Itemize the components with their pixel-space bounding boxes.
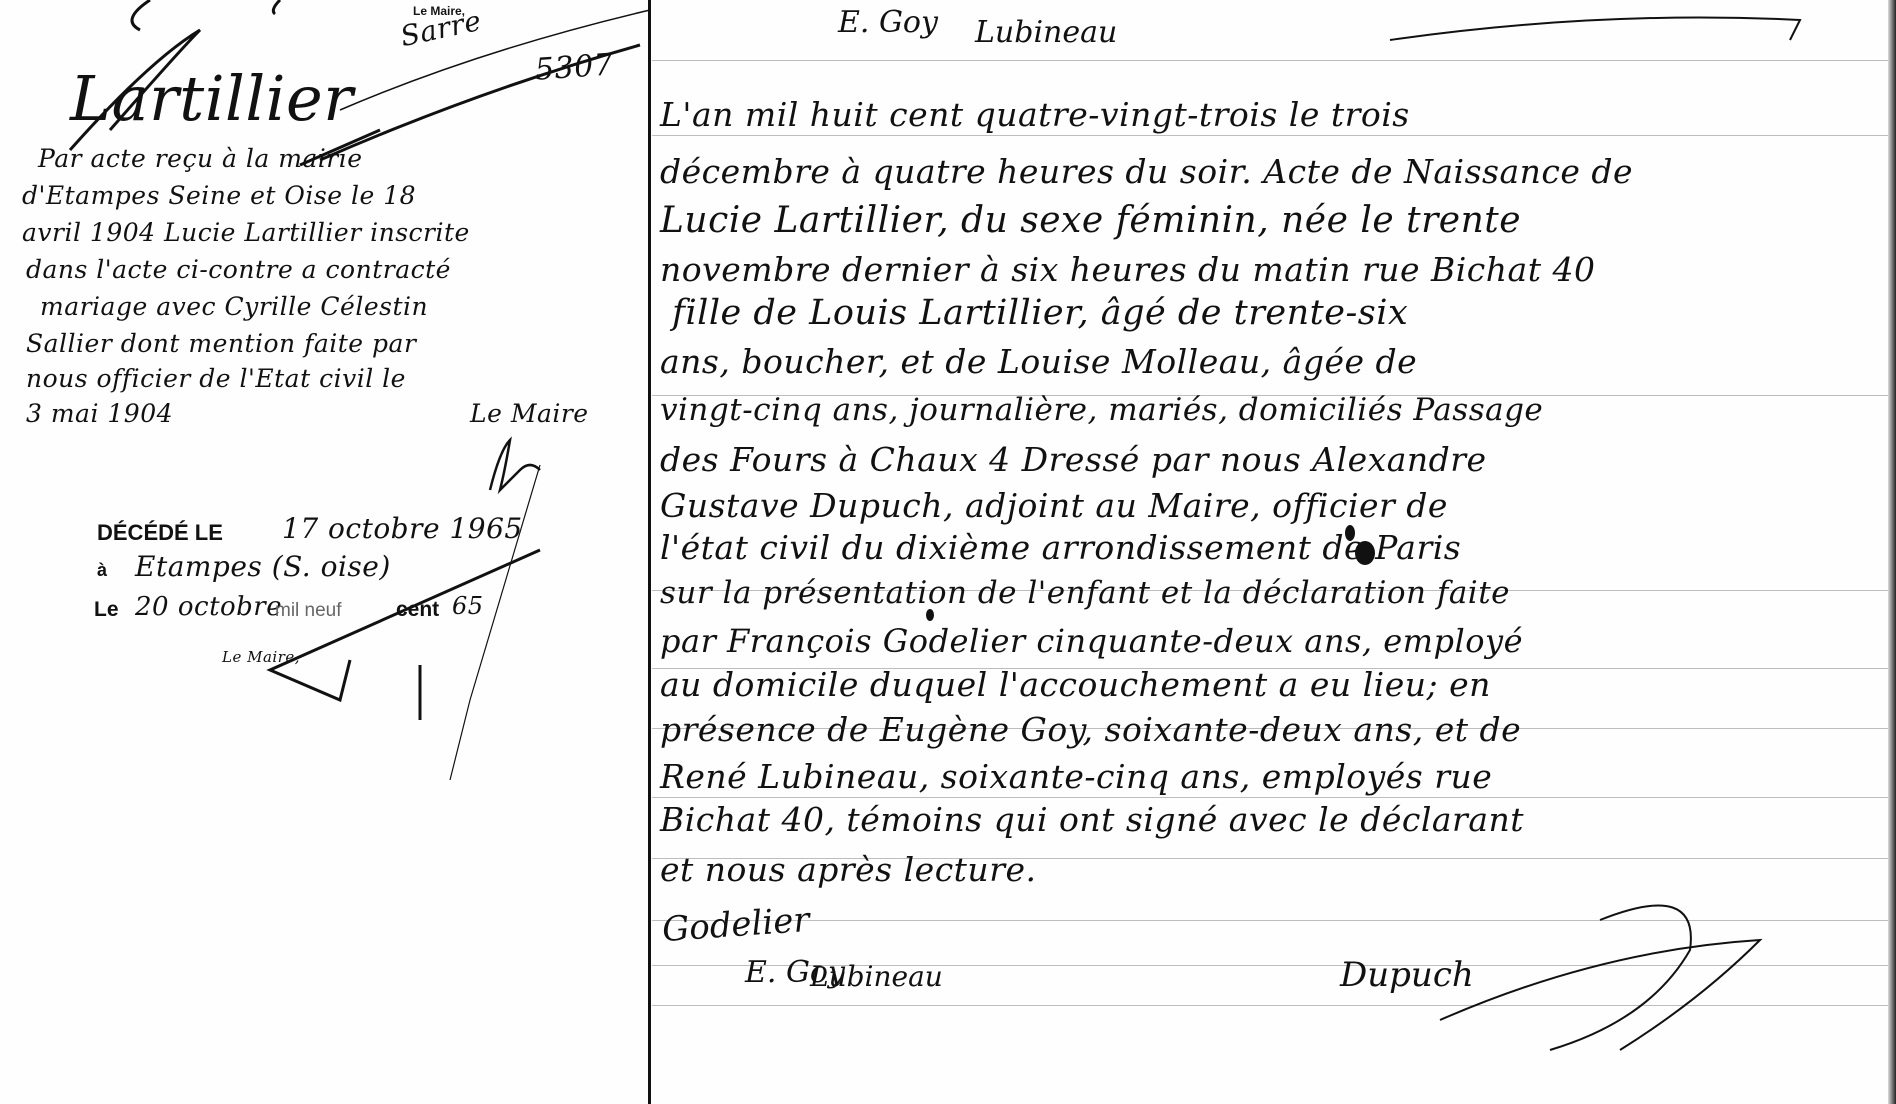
death-date-label: DÉCÉDÉ LE — [97, 520, 223, 546]
registration-date-prefix: Le — [94, 598, 119, 622]
death-stamp-signoff: Le Maire, — [222, 648, 300, 666]
page-binding-edge — [1888, 0, 1896, 1104]
marriage-note-line: dans l'acte ci-contre a contracté — [26, 251, 451, 288]
ruled-line — [652, 135, 1888, 136]
body-line: René Lubineau, soixante-cinq ans, employ… — [660, 757, 1492, 796]
registration-year-value: 65 — [452, 592, 484, 620]
body-line: novembre dernier à six heures du matin r… — [660, 250, 1595, 289]
death-date-value: 17 octobre 1965 — [282, 512, 523, 545]
marriage-note-line: 3 mai 1904 — [26, 395, 173, 432]
body-line: vingt-cinq ans, journalière, mariés, dom… — [660, 392, 1543, 428]
body-line: des Fours à Chaux 4 Dressé par nous Alex… — [660, 440, 1487, 479]
ruled-line — [652, 920, 1888, 921]
act-number: 5307 — [534, 47, 615, 87]
body-line: sur la présentation de l'enfant et la dé… — [660, 575, 1510, 611]
registration-date-value: 20 octobre — [135, 592, 282, 622]
marriage-note-line: Sallier dont mention faite par — [26, 325, 416, 362]
marriage-note-line: nous officier de l'Etat civil le — [26, 360, 406, 397]
body-line: présence de Eugène Goy, soixante-deux an… — [660, 710, 1521, 749]
body-line: Bichat 40, témoins qui ont signé avec le… — [660, 800, 1524, 839]
surname-heading: Lartillier — [70, 62, 353, 135]
body-line: au domicile duquel l'accouchement a eu l… — [660, 665, 1491, 704]
signature-lubineau: Lubineau — [810, 960, 943, 993]
signature-godelier: Godelier — [661, 900, 811, 950]
body-line: fille de Louis Lartillier, âgé de trente… — [672, 293, 1408, 333]
body-line: L'an mil huit cent quatre-vingt-trois le… — [660, 95, 1410, 134]
column-divider — [648, 0, 651, 1104]
top-margin-signature: Sarre — [397, 4, 484, 53]
registration-year-printed: mil neuf — [275, 600, 342, 622]
death-place-label: à — [97, 560, 107, 581]
ruled-line — [652, 1005, 1888, 1006]
signature-dupuch: Dupuch — [1340, 955, 1474, 995]
top-signature-goy: E. Goy — [838, 5, 938, 40]
marriage-note-line: avril 1904 Lucie Lartillier inscrite — [22, 214, 470, 251]
body-line: par François Godelier cinquante-deux ans… — [660, 622, 1523, 660]
marriage-note-line: mariage avec Cyrille Célestin — [40, 288, 428, 325]
body-line: et nous après lecture. — [660, 850, 1036, 889]
body-line: Gustave Dupuch, adjoint au Maire, offici… — [660, 486, 1448, 525]
top-signature-lubineau: Lubineau — [975, 15, 1117, 50]
death-place-value: Etampes (S. oise) — [135, 550, 391, 583]
registration-year-cent: cent — [396, 598, 439, 622]
register-page: Le Maire, Sarre Lartillier 5307 Par acte… — [0, 0, 1896, 1104]
ruled-line — [652, 797, 1888, 798]
body-line: l'état civil du dixième arrondissement d… — [660, 528, 1461, 567]
body-line: décembre à quatre heures du soir. Acte d… — [660, 152, 1633, 191]
body-line: Lucie Lartillier, du sexe féminin, née l… — [660, 200, 1521, 241]
body-line: ans, boucher, et de Louise Molleau, âgée… — [660, 342, 1417, 381]
marriage-note-line: d'Etampes Seine et Oise le 18 — [22, 177, 416, 214]
ruled-line — [652, 60, 1888, 61]
marriage-note-line: Par acte reçu à la mairie — [38, 140, 363, 177]
marriage-note-signoff: Le Maire — [470, 395, 589, 432]
